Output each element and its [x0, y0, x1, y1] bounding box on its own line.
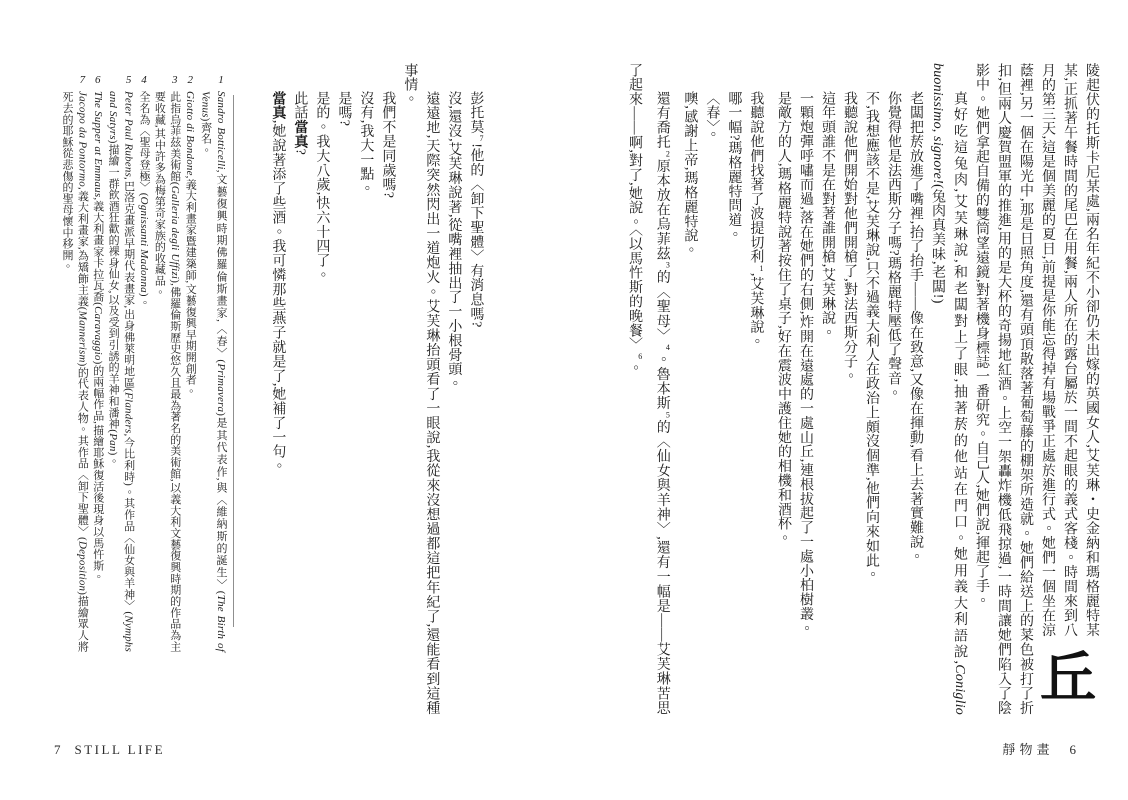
footnote-marker-1: 1	[757, 264, 766, 273]
footnote-number: 1	[215, 74, 227, 86]
page-number-left: 7	[54, 742, 61, 758]
paragraph: 還有喬托2原本放在烏菲茲3的〈聖母〉4。魯本斯5的〈仙女與羊神〉,還有一幅是——…	[623, 63, 678, 715]
paragraph: 彭托莫7!他的〈卸下聖體〉有消息嗎?	[464, 63, 492, 715]
footnote-marker-4: 4	[663, 343, 672, 352]
running-title-english: STILL LIFE	[75, 742, 166, 757]
folio-left: 7STILL LIFE	[54, 742, 165, 758]
paragraph: 〈春〉。	[700, 63, 722, 715]
footnote-number: 2	[184, 74, 196, 86]
paragraph: 我聽說他們找著了波提切利1,艾芙琳說。	[744, 63, 772, 715]
footnote-marker-7: 7	[477, 134, 486, 143]
paragraph: 一顆炮彈呼嘯而過,落在她們的右側,炸開在遠處的一處山丘,連根拔起了一處小柏樹叢。	[794, 63, 816, 715]
footnote-marker-3: 3	[663, 261, 672, 270]
paragraph: 遠遠地,天際突然閃出一道炮火。艾芙琳抬頭看了一眼說,我從來沒想過都這把年紀了,還…	[398, 63, 442, 715]
footnote-1: 1Sandro Botticelli,文藝復興時期佛羅倫斯畫家,〈春〉(Prim…	[197, 74, 228, 652]
paragraph: 當真,她說著添了些酒。我可憐那些燕子就是了,她補了一句。	[266, 63, 288, 715]
paragraph: 是敵方的人,瑪格麗特說著按住了桌子,好在震波中護住她的相機和酒杯。	[772, 63, 794, 715]
footnote-marker-5: 5	[663, 410, 672, 419]
paragraph: 真好吃這兔肉,艾芙琳說,和老闆對上了眼,抽著菸的他站在門口。她用義大利語說,Co…	[926, 63, 970, 715]
footnote-marker-2: 2	[663, 149, 672, 158]
footnote-number: 3	[169, 74, 181, 86]
paragraph: 丘陵起伏的托斯卡尼某處,兩名年紀不小卻仍未出嫁的英國女人,艾芙琳・史金納和瑪格麗…	[970, 63, 1102, 715]
footnote-5: 5Peter Paul Rubens,巴洛克畫派早期代表畫家,出身佛萊明地區(F…	[105, 74, 136, 652]
paragraph: 我們不是同歲嗎?	[376, 63, 398, 715]
paragraph: 我聽說他們開始對他們開槍了,對法西斯分子。	[838, 63, 860, 715]
footnote-4: 4全名為〈聖母登極〉(Ognissanti Madonna)。	[136, 74, 151, 652]
emphasized-text: 當真	[292, 120, 307, 149]
folio-right: 靜物畫6	[1002, 739, 1076, 758]
paragraph: 此話當真?	[288, 63, 310, 715]
chapter-dropcap: 丘	[1056, 637, 1102, 715]
running-title-chinese: 靜物畫	[1002, 742, 1053, 757]
emphasized-text: 當真	[270, 91, 285, 120]
paragraph: 你覺得他是法西斯分子嗎?瑪格麗特壓低了聲音。	[882, 63, 904, 715]
paragraph: 這年頭誰不是在對著誰開槍,艾芙琳說。	[816, 63, 838, 715]
footnote-number: 6	[92, 74, 104, 86]
footnote-divider-rule	[233, 95, 234, 627]
paragraph: 是嗎?	[332, 63, 354, 715]
paragraph: 沒,還沒,艾芙琳說著,從嘴裡抽出了一小根骨頭。	[442, 63, 464, 715]
book-spread: 丘陵起伏的托斯卡尼某處,兩名年紀不小卻仍未出嫁的英國女人,艾芙琳・史金納和瑪格麗…	[0, 0, 1128, 800]
footnote-7: 7Jacopo da Pontormo,義大利畫家,為矯飾主義(Manneris…	[59, 74, 90, 652]
right-page-text: 丘陵起伏的托斯卡尼某處,兩名年紀不小卻仍未出嫁的英國女人,艾芙琳・史金納和瑪格麗…	[638, 63, 1102, 715]
footnote-number: 7	[76, 74, 88, 86]
footnote-3: 3此指烏菲茲美術館(Galleria degli Uffizi),佛羅倫斯歷史悠…	[151, 74, 182, 652]
paragraph-text: 陵起伏的托斯卡尼某處,兩名年紀不小卻仍未出嫁的英國女人,艾芙琳・史金納和瑪格麗特…	[974, 63, 1099, 715]
paragraph: 噢,感謝上帝,瑪格麗特說。	[678, 63, 700, 715]
paragraph: 不,我想應該不是,艾芙琳說,只不過義大利人在政治上頗沒個準,他們向來如此。	[860, 63, 882, 715]
paragraph: 老闆把菸放進了嘴裡,抬了抬手——像在致意,又像在揮動,看上去著實難說。	[904, 63, 926, 715]
paragraph: 沒有,我大一點。	[354, 63, 376, 715]
footnote-marker-6: 6	[636, 352, 645, 361]
page-number-right: 6	[1070, 742, 1077, 758]
footnote-6: 6The Supper at Emmaus,義大利畫家卡拉瓦喬(Caravagg…	[89, 74, 104, 652]
footnotes-block: 1Sandro Botticelli,文藝復興時期佛羅倫斯畫家,〈春〉(Prim…	[54, 74, 228, 652]
paragraph: 是的。我大八歲,快六十四了。	[310, 63, 332, 715]
footnote-2: 2Giotto di Bondone,義大利畫家暨建築師,文藝復興早期開創者。	[182, 74, 197, 652]
footnote-number: 4	[138, 74, 150, 86]
footnote-number: 5	[123, 74, 135, 86]
left-page-text: 彭托莫7!他的〈卸下聖體〉有消息嗎? 沒,還沒,艾芙琳說著,從嘴裡抽出了一小根骨…	[268, 63, 492, 715]
paragraph: 哪一幅?瑪格麗特問道。	[722, 63, 744, 715]
